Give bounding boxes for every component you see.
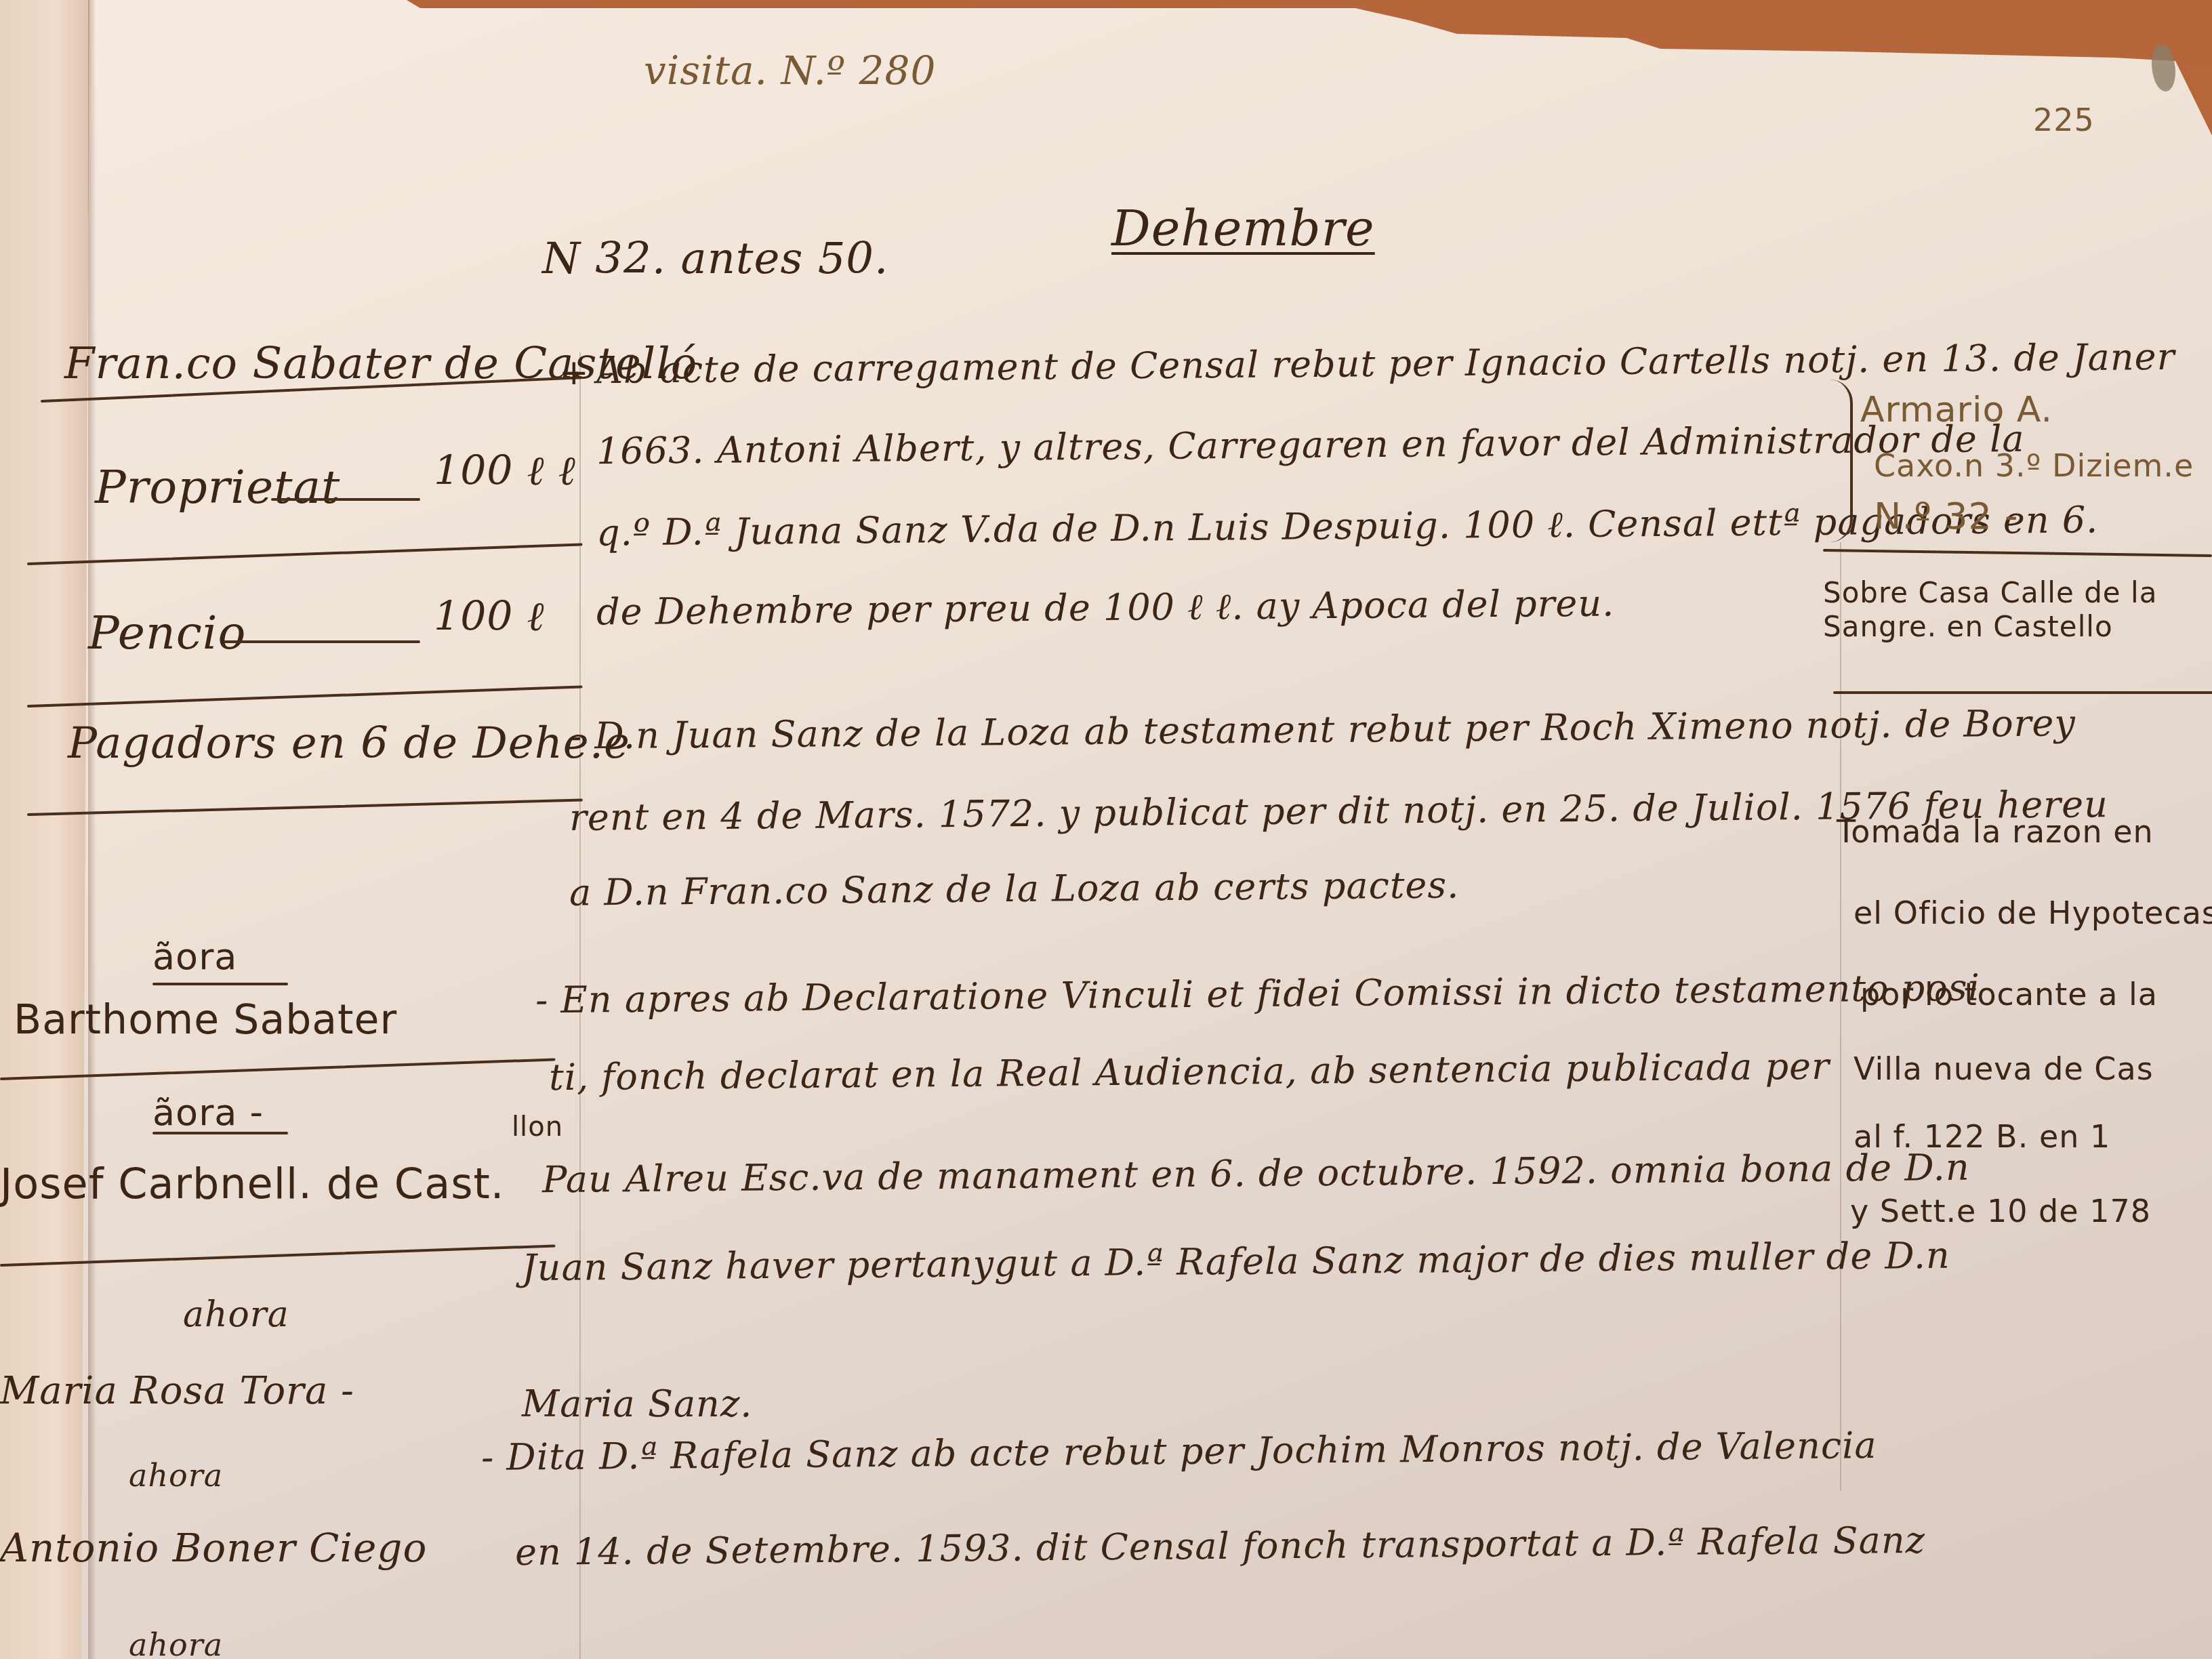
- successor-name: Barthome Sabater: [14, 996, 397, 1044]
- divider: [152, 983, 288, 985]
- successor-note: llon: [512, 1111, 563, 1143]
- divider: [152, 1132, 288, 1134]
- successor-prefix: ahora: [183, 1294, 289, 1335]
- shelf-label: Caxo.n 3.º Diziem.e: [1874, 447, 2194, 484]
- note-line: por lo tocante a la: [1860, 976, 2158, 1012]
- note-line: al f. 122 B. en 1: [1853, 1118, 2110, 1155]
- note-line: y Sett.e 10 de 178: [1850, 1193, 2151, 1229]
- successor-name: Antonio Boner Ciego: [0, 1525, 427, 1571]
- visita-number: visita. N.º 280: [644, 47, 936, 94]
- row-label: Pencio: [88, 607, 247, 660]
- bracket: [1830, 380, 1853, 542]
- note-line: Tomada la razon en: [1837, 813, 2154, 850]
- archive-number: N.º 32 -: [1874, 495, 2019, 537]
- note-line: Villa nueva de Cas: [1853, 1050, 2154, 1087]
- divider: [1833, 691, 2212, 694]
- plus-marker: +: [559, 352, 590, 393]
- column-rule-right: [1840, 542, 1841, 1491]
- folio-number: 225: [2033, 102, 2095, 138]
- text-line: a D.n Fran.co Sanz de la Loza ab certs p…: [569, 863, 1460, 914]
- text-line: de Dehembre per preu de 100 ℓ ℓ. ay Apoc…: [596, 581, 1615, 633]
- successor-prefix: ahora: [129, 1457, 223, 1494]
- entry-number: N 32. antes 50.: [542, 234, 888, 284]
- successor-name: Maria Rosa Tora -: [0, 1369, 354, 1413]
- successor-prefix: ãora: [152, 935, 237, 978]
- row-value: 100 ℓ ℓ: [434, 447, 576, 495]
- row-label: Pagadors en 6 de Dehe.e: [68, 718, 630, 769]
- archive-label: Armario A.: [1860, 390, 2053, 430]
- successor-prefix: ãora -: [152, 1091, 264, 1134]
- successor-prefix: ahora: [129, 1626, 223, 1659]
- divider: [224, 640, 420, 643]
- successor-name: Josef Carbnell. de Cast.: [0, 1159, 504, 1208]
- row-value: 100 ℓ: [434, 593, 545, 640]
- row-label: Proprietat: [95, 461, 340, 514]
- property-location: Sobre Casa Calle de la Sangre. en Castel…: [1823, 576, 2212, 644]
- note-line: el Oficio de Hypotecas: [1853, 895, 2212, 931]
- month-heading: Dehembre: [1111, 200, 1375, 257]
- divider: [271, 498, 420, 501]
- text-line: Maria Sanz.: [522, 1382, 753, 1425]
